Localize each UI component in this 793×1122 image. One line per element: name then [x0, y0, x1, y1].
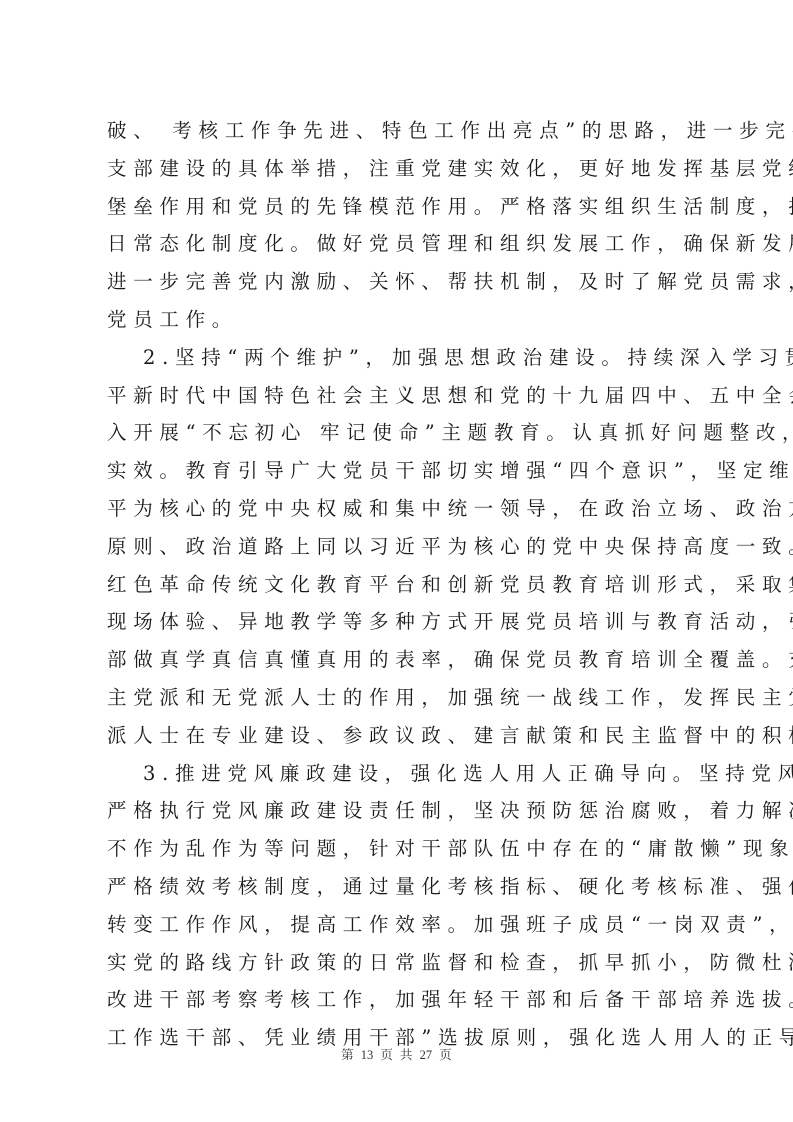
- text-line: 派人士在专业建设、参政议政、建言献策和民主监督中的积极作用。: [107, 717, 687, 755]
- text-line: 红色革命传统文化教育平台和创新党员教育培训形式，采取集中培训、: [107, 566, 687, 604]
- text-line: 破、 考核工作争先进、特色工作出亮点”的思路，进一步完善和细化党: [107, 112, 687, 150]
- text-line: 转变工作作风，提高工作效率。加强班子成员“一岗双责”，加强对落: [107, 906, 687, 944]
- text-line: 进一步完善党内激励、关怀、帮扶机制，及时了解党员需求，做好服务: [107, 263, 687, 301]
- text-line: 党员工作。: [107, 301, 687, 339]
- text-line: 主党派和无党派人士的作用，加强统一战线工作，发挥民主党派和无党: [107, 679, 687, 717]
- text-line: 日常态化制度化。做好党员管理和组织发展工作，确保新发展党员质量；: [107, 225, 687, 263]
- text-line: 平新时代中国特色社会主义思想和党的十九届四中、五中全会精神。深: [107, 377, 687, 415]
- body-text: 破、 考核工作争先进、特色工作出亮点”的思路，进一步完善和细化党 支部建设的具体…: [107, 112, 687, 1057]
- text-line: 部做真学真信真懂真用的表率，确保党员教育培训全覆盖。充分发挥民: [107, 641, 687, 679]
- text-line: 入开展“不忘初心 牢记使命”主题教育。认真抓好问题整改，确保取得: [107, 414, 687, 452]
- text-line: 实党的路线方针政策的日常监督和检查，抓早抓小，防微杜渐。加强和: [107, 944, 687, 982]
- paragraph-heading-3: 3.推进党风廉政建设，强化选人用人正确导向。坚持党风廉政建设，: [107, 755, 687, 793]
- text-line: 平为核心的党中央权威和集中统一领导，在政治立场、政治方向、政治: [107, 490, 687, 528]
- text-line: 不作为乱作为等问题，针对干部队伍中存在的“庸散懒”现象，进一步: [107, 830, 687, 868]
- text-line: 实效。教育引导广大党员干部切实增强“四个意识”，坚定维护以习近: [107, 452, 687, 490]
- text-line: 严格绩效考核制度，通过量化考核指标、硬化考核标准、强化考核措施，: [107, 868, 687, 906]
- text-line: 原则、政治道路上同以习近平为核心的党中央保持高度一致。通过依托: [107, 528, 687, 566]
- text-line: 严格执行党风廉政建设责任制，坚决预防惩治腐败，着力解决怠政懒政、: [107, 792, 687, 830]
- text-line: 支部建设的具体举措，注重党建实效化，更好地发挥基层党组织的战斗: [107, 150, 687, 188]
- document-page: 破、 考核工作争先进、特色工作出亮点”的思路，进一步完善和细化党 支部建设的具体…: [0, 0, 793, 1122]
- text-line: 改进干部考察考核工作，加强年轻干部和后备干部培养选拔。按照“为: [107, 981, 687, 1019]
- text-line: 堡垒作用和党员的先锋模范作用。严格落实组织生活制度，推动主题党: [107, 188, 687, 226]
- paragraph-heading-2: 2.坚持“两个维护”，加强思想政治建设。持续深入学习贯彻习近: [107, 339, 687, 377]
- text-line: 现场体验、异地教学等多种方式开展党员培训与教育活动，引导党员干: [107, 603, 687, 641]
- page-number-footer: 第 13 页 共 27 页: [0, 1045, 793, 1063]
